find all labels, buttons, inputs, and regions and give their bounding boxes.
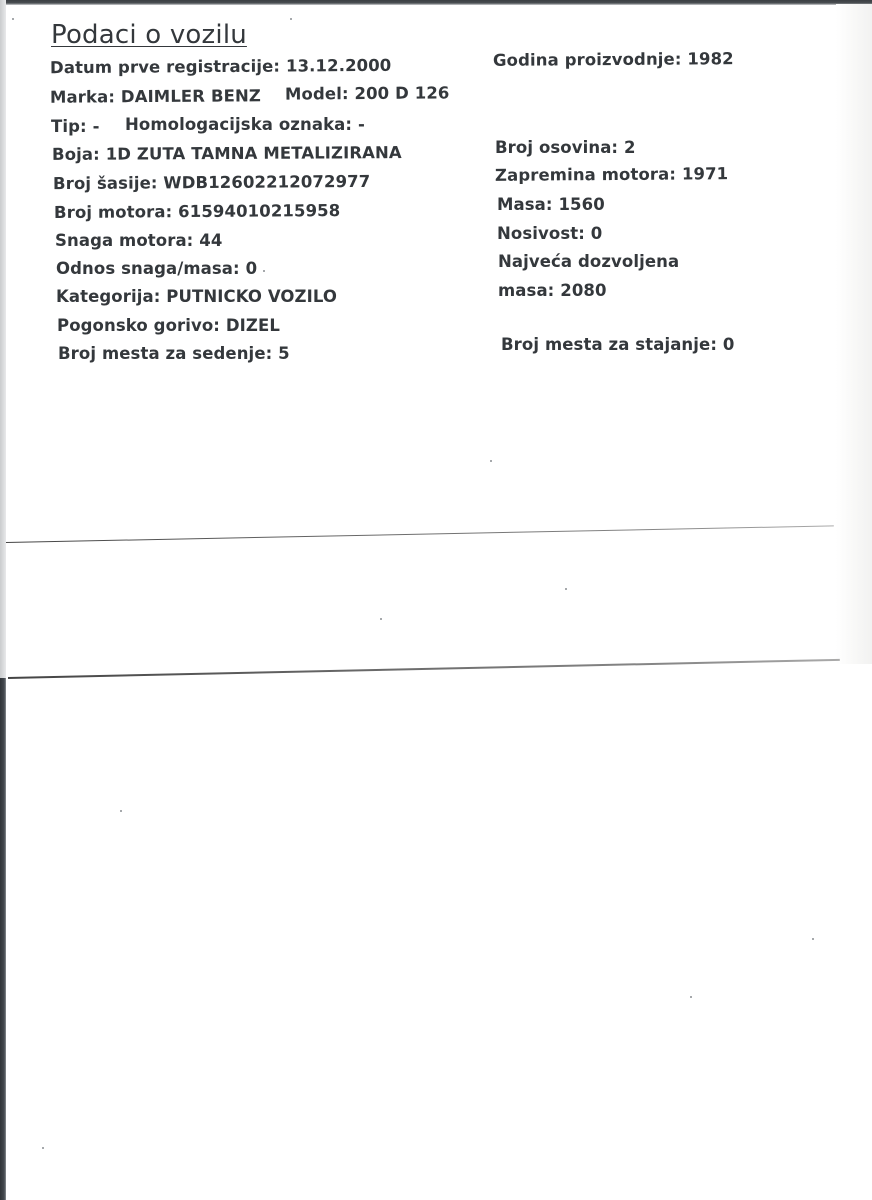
field-label: Tip: bbox=[51, 117, 87, 136]
field-chassis-number: Broj šasije: WDB12602212072977 bbox=[53, 172, 370, 193]
field-label: Nosivost: bbox=[497, 224, 585, 243]
field-label: Najveća dozvoljena bbox=[498, 252, 679, 271]
field-label: Godina proizvodnje: bbox=[493, 50, 682, 70]
scanner-top-edge bbox=[0, 0, 872, 5]
scan-speck bbox=[42, 1147, 44, 1149]
field-production-year: Godina proizvodnje: 1982 bbox=[493, 49, 734, 70]
field-label: Boja: bbox=[52, 145, 100, 164]
scan-speck bbox=[690, 996, 692, 998]
paper-fold-line bbox=[8, 659, 840, 679]
scan-speck bbox=[565, 588, 567, 590]
field-model: Model: 200 D 126 bbox=[285, 83, 450, 103]
field-label: Model: bbox=[285, 84, 349, 103]
field-value: 1D ZUTA TAMNA METALIZIRANA bbox=[106, 143, 402, 164]
field-value: 13.12.2000 bbox=[286, 56, 392, 76]
field-value: 1971 bbox=[682, 164, 728, 183]
field-power-weight-ratio: Odnos snaga/masa: 0 bbox=[56, 259, 257, 278]
field-value: 0 bbox=[723, 335, 735, 354]
field-value: DAIMLER BENZ bbox=[121, 86, 261, 106]
field-seats: Broj mesta za sedenje: 5 bbox=[58, 344, 290, 363]
field-engine-number: Broj motora: 61594010215958 bbox=[54, 201, 340, 222]
field-max-permitted-mass: masa: 2080 bbox=[498, 281, 607, 300]
field-label: masa: bbox=[498, 281, 554, 300]
scan-speck bbox=[812, 938, 814, 940]
scan-speck bbox=[380, 618, 382, 620]
field-value: 1982 bbox=[687, 49, 733, 68]
scan-speck bbox=[12, 18, 14, 20]
field-label: Zapremina motora: bbox=[495, 165, 676, 185]
field-label: Kategorija: bbox=[56, 287, 160, 306]
field-label: Homologacijska oznaka: bbox=[125, 115, 352, 134]
scan-speck bbox=[263, 270, 265, 272]
field-value: 0 bbox=[591, 224, 603, 243]
field-label: Broj mesta za sedenje: bbox=[58, 344, 272, 363]
field-make: Marka: DAIMLER BENZ bbox=[50, 86, 261, 106]
field-label: Pogonsko gorivo: bbox=[57, 316, 220, 335]
field-category: Kategorija: PUTNICKO VOZILO bbox=[56, 287, 337, 306]
field-value: - bbox=[358, 115, 365, 134]
scan-speck bbox=[290, 18, 292, 20]
field-label: Masa: bbox=[497, 195, 553, 214]
field-fuel-type: Pogonsko gorivo: DIZEL bbox=[57, 316, 280, 335]
field-color: Boja: 1D ZUTA TAMNA METALIZIRANA bbox=[52, 143, 402, 164]
field-value: WDB12602212072977 bbox=[163, 172, 370, 192]
field-value: PUTNICKO VOZILO bbox=[166, 287, 337, 306]
scanner-left-dark-edge bbox=[0, 678, 6, 1200]
field-payload: Nosivost: 0 bbox=[497, 224, 602, 243]
field-value: 2 bbox=[624, 138, 636, 157]
field-value: - bbox=[93, 117, 100, 136]
field-value: 5 bbox=[278, 344, 290, 363]
field-label: Odnos snaga/masa: bbox=[56, 259, 240, 278]
field-label: Broj motora: bbox=[54, 202, 172, 222]
field-value: 2080 bbox=[560, 281, 606, 300]
field-standing-places: Broj mesta za stajanje: 0 bbox=[501, 335, 734, 354]
field-homologation-mark: Homologacijska oznaka: - bbox=[125, 115, 365, 134]
document-title: Podaci o vozilu bbox=[51, 20, 247, 50]
field-label: Broj šasije: bbox=[53, 173, 158, 193]
field-label: Snaga motora: bbox=[55, 231, 193, 250]
scan-speck bbox=[120, 810, 122, 812]
field-engine-displacement: Zapremina motora: 1971 bbox=[495, 164, 728, 185]
field-engine-power: Snaga motora: 44 bbox=[55, 231, 222, 250]
field-value: 0 bbox=[246, 259, 258, 278]
field-mass: Masa: 1560 bbox=[497, 195, 605, 214]
field-value: 1560 bbox=[558, 195, 604, 214]
field-label: Marka: bbox=[50, 87, 115, 106]
field-label: Broj osovina: bbox=[495, 138, 618, 157]
field-value: 44 bbox=[199, 231, 222, 250]
field-first-registration-date: Datum prve registracije: 13.12.2000 bbox=[50, 56, 391, 77]
field-axle-count: Broj osovina: 2 bbox=[495, 138, 636, 157]
field-value: 200 D 126 bbox=[354, 83, 449, 103]
field-value: 61594010215958 bbox=[178, 201, 340, 221]
field-value: DIZEL bbox=[226, 316, 280, 335]
field-label: Broj mesta za stajanje: bbox=[501, 335, 717, 354]
paper-fold-line bbox=[6, 525, 834, 543]
scan-speck bbox=[490, 460, 492, 462]
scanner-right-margin bbox=[836, 4, 872, 664]
field-label: Datum prve registracije: bbox=[50, 57, 280, 78]
field-max-permitted-mass-label: Najveća dozvoljena bbox=[498, 252, 679, 271]
field-type: Tip: - bbox=[51, 117, 100, 136]
